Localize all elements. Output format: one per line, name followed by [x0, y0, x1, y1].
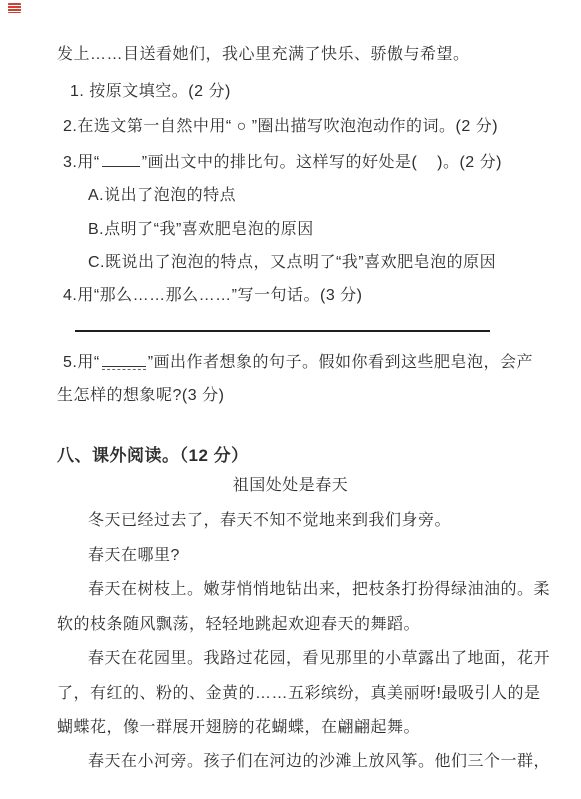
passage-line: 春天在小河旁。孩子们在河边的沙滩上放风筝。他们三个一群， [88, 752, 550, 772]
passage-line: 春天在哪里? [88, 546, 180, 566]
question-3-prefix: 3.用“ [63, 154, 100, 171]
red-stamp-icon [8, 3, 21, 13]
question-3-option-b: B.点明了“我”喜欢肥皂泡的原因 [88, 220, 314, 240]
underline-blank [102, 152, 140, 167]
passage-line: 蝴蝶花，像一群展开翅膀的花蝴蝶，在翩翩起舞。 [57, 718, 420, 738]
question-2: 2.在选文第一自然中用“ ○ ”圈出描写吹泡泡动作的词。(2 分) [63, 117, 498, 137]
passage-line: 春天在树枝上。嫩芽悄悄地钻出来，把枝条打扮得绿油油的。柔 [88, 580, 550, 600]
question-5-line-2: 生怎样的想象呢?(3 分) [57, 386, 224, 406]
wavy-underline-blank [102, 352, 146, 367]
passage-title: 祖国处处是春天 [0, 476, 581, 496]
question-5: 5.用“”画出作者想象的句子。假如你看到这些肥皂泡，会产 [63, 352, 533, 373]
question-1: 1. 按原文填空。(2 分) [70, 82, 231, 102]
question-3-suffix: ”画出文中的排比句。这样写的好处是( )。(2 分) [142, 154, 502, 171]
passage-line: 春天在花园里。我路过花园，看见那里的小草露出了地面，花开 [88, 649, 550, 669]
passage-continuation-text: 发上……目送看她们，我心里充满了快乐、骄傲与希望。 [57, 45, 470, 65]
passage-line: 软的枝条随风飘荡，轻轻地跳起欢迎春天的舞蹈。 [57, 615, 420, 635]
worksheet-page: 发上……目送看她们，我心里充满了快乐、骄傲与希望。 1. 按原文填空。(2 分)… [0, 0, 581, 799]
question-3-option-c: C.既说出了泡泡的特点，又点明了“我”喜欢肥皂泡的原因 [88, 253, 496, 273]
passage-line: 了，有红的、粉的、金黄的……五彩缤纷，真美丽呀!最吸引人的是 [57, 684, 540, 704]
answer-blank-line [75, 310, 490, 332]
passage-line: 冬天已经过去了，春天不知不觉地来到我们身旁。 [88, 511, 451, 531]
question-4: 4.用“那么……那么……”写一句话。(3 分) [63, 286, 363, 306]
question-5-suffix: ”画出作者想象的句子。假如你看到这些肥皂泡，会产 [148, 354, 533, 371]
question-5-prefix: 5.用“ [63, 354, 100, 371]
question-3-option-a: A.说出了泡泡的特点 [88, 186, 236, 206]
section-heading: 八、课外阅读。（12 分） [57, 446, 249, 466]
question-3: 3.用“”画出文中的排比句。这样写的好处是( )。(2 分) [63, 152, 502, 173]
